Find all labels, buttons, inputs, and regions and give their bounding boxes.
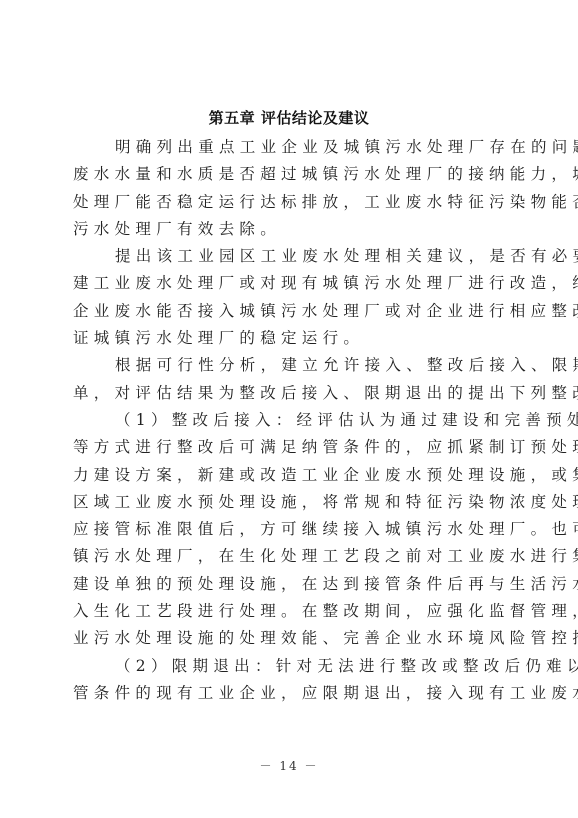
paragraph-2-line-2: 建工业废水处理厂或对现有城镇污水处理厂进行改造，纳管工业 [73, 270, 505, 297]
chapter-title: 第五章 评估结论及建议 [0, 106, 578, 130]
body-text: 明确列出重点工业企业及城镇污水处理厂存在的问题，工业 废水水量和水质是否超过城镇… [73, 134, 505, 707]
paragraph-4-line-8: 入生化工艺段进行处理。在整改期间，应强化监督管理，提升企 [73, 598, 505, 625]
paragraph-1-line-2: 废水水量和水质是否超过城镇污水处理厂的接纳能力，城镇污水 [73, 161, 505, 188]
paragraph-3-line-2: 单，对评估结果为整改后接入、限期退出的提出下列整改建议： [73, 380, 505, 407]
paragraph-1-line-3: 处理厂能否稳定运行达标排放，工业废水特征污染物能否被城镇 [73, 189, 505, 216]
paragraph-4-line-6: 镇污水处理厂，在生化处理工艺段之前对工业废水进行集中收集、 [73, 543, 505, 570]
paragraph-4-line-5: 应接管标准限值后，方可继续接入城镇污水处理厂。也可改造城 [73, 516, 505, 543]
paragraph-5-line-1: （2）限期退出：针对无法进行整改或整改后仍难以达到纳 [73, 653, 505, 680]
paragraph-2-line-4: 证城镇污水处理厂的稳定运行。 [73, 325, 505, 352]
paragraph-4-line-3: 力建设方案，新建或改造工业企业废水预处理设施，或集中建设 [73, 462, 505, 489]
paragraph-4-line-7: 建设单独的预处理设施，在达到接管条件后再与生活污水混合进 [73, 571, 505, 598]
paragraph-1-line-4: 污水处理厂有效去除。 [73, 216, 505, 243]
document-page: 第五章 评估结论及建议 明确列出重点工业企业及城镇污水处理厂存在的问题，工业 废… [0, 0, 578, 818]
paragraph-4-line-9: 业污水处理设施的处理效能、完善企业水环境风险管控措施等。 [73, 625, 505, 652]
paragraph-5-line-2: 管条件的现有工业企业，应限期退出，接入现有工业废水处理厂， [73, 680, 505, 707]
paragraph-4-line-4: 区域工业废水预处理设施，将常规和特征污染物浓度处理达到相 [73, 489, 505, 516]
paragraph-2-line-1: 提出该工业园区工业废水处理相关建议，是否有必要单独新 [73, 243, 505, 270]
page-number: － 14 － [0, 757, 578, 774]
paragraph-3-line-1: 根据可行性分析，建立允许接入、整改后接入、限期退出清 [73, 352, 505, 379]
paragraph-1-line-1: 明确列出重点工业企业及城镇污水处理厂存在的问题，工业 [73, 134, 505, 161]
paragraph-2-line-3: 企业废水能否接入城镇污水处理厂或对企业进行相应整改，以保 [73, 298, 505, 325]
paragraph-4-line-1: （1）整改后接入：经评估认为通过建设和完善预处理设施 [73, 407, 505, 434]
paragraph-4-line-2: 等方式进行整改后可满足纳管条件的，应抓紧制订预处理设施能 [73, 434, 505, 461]
